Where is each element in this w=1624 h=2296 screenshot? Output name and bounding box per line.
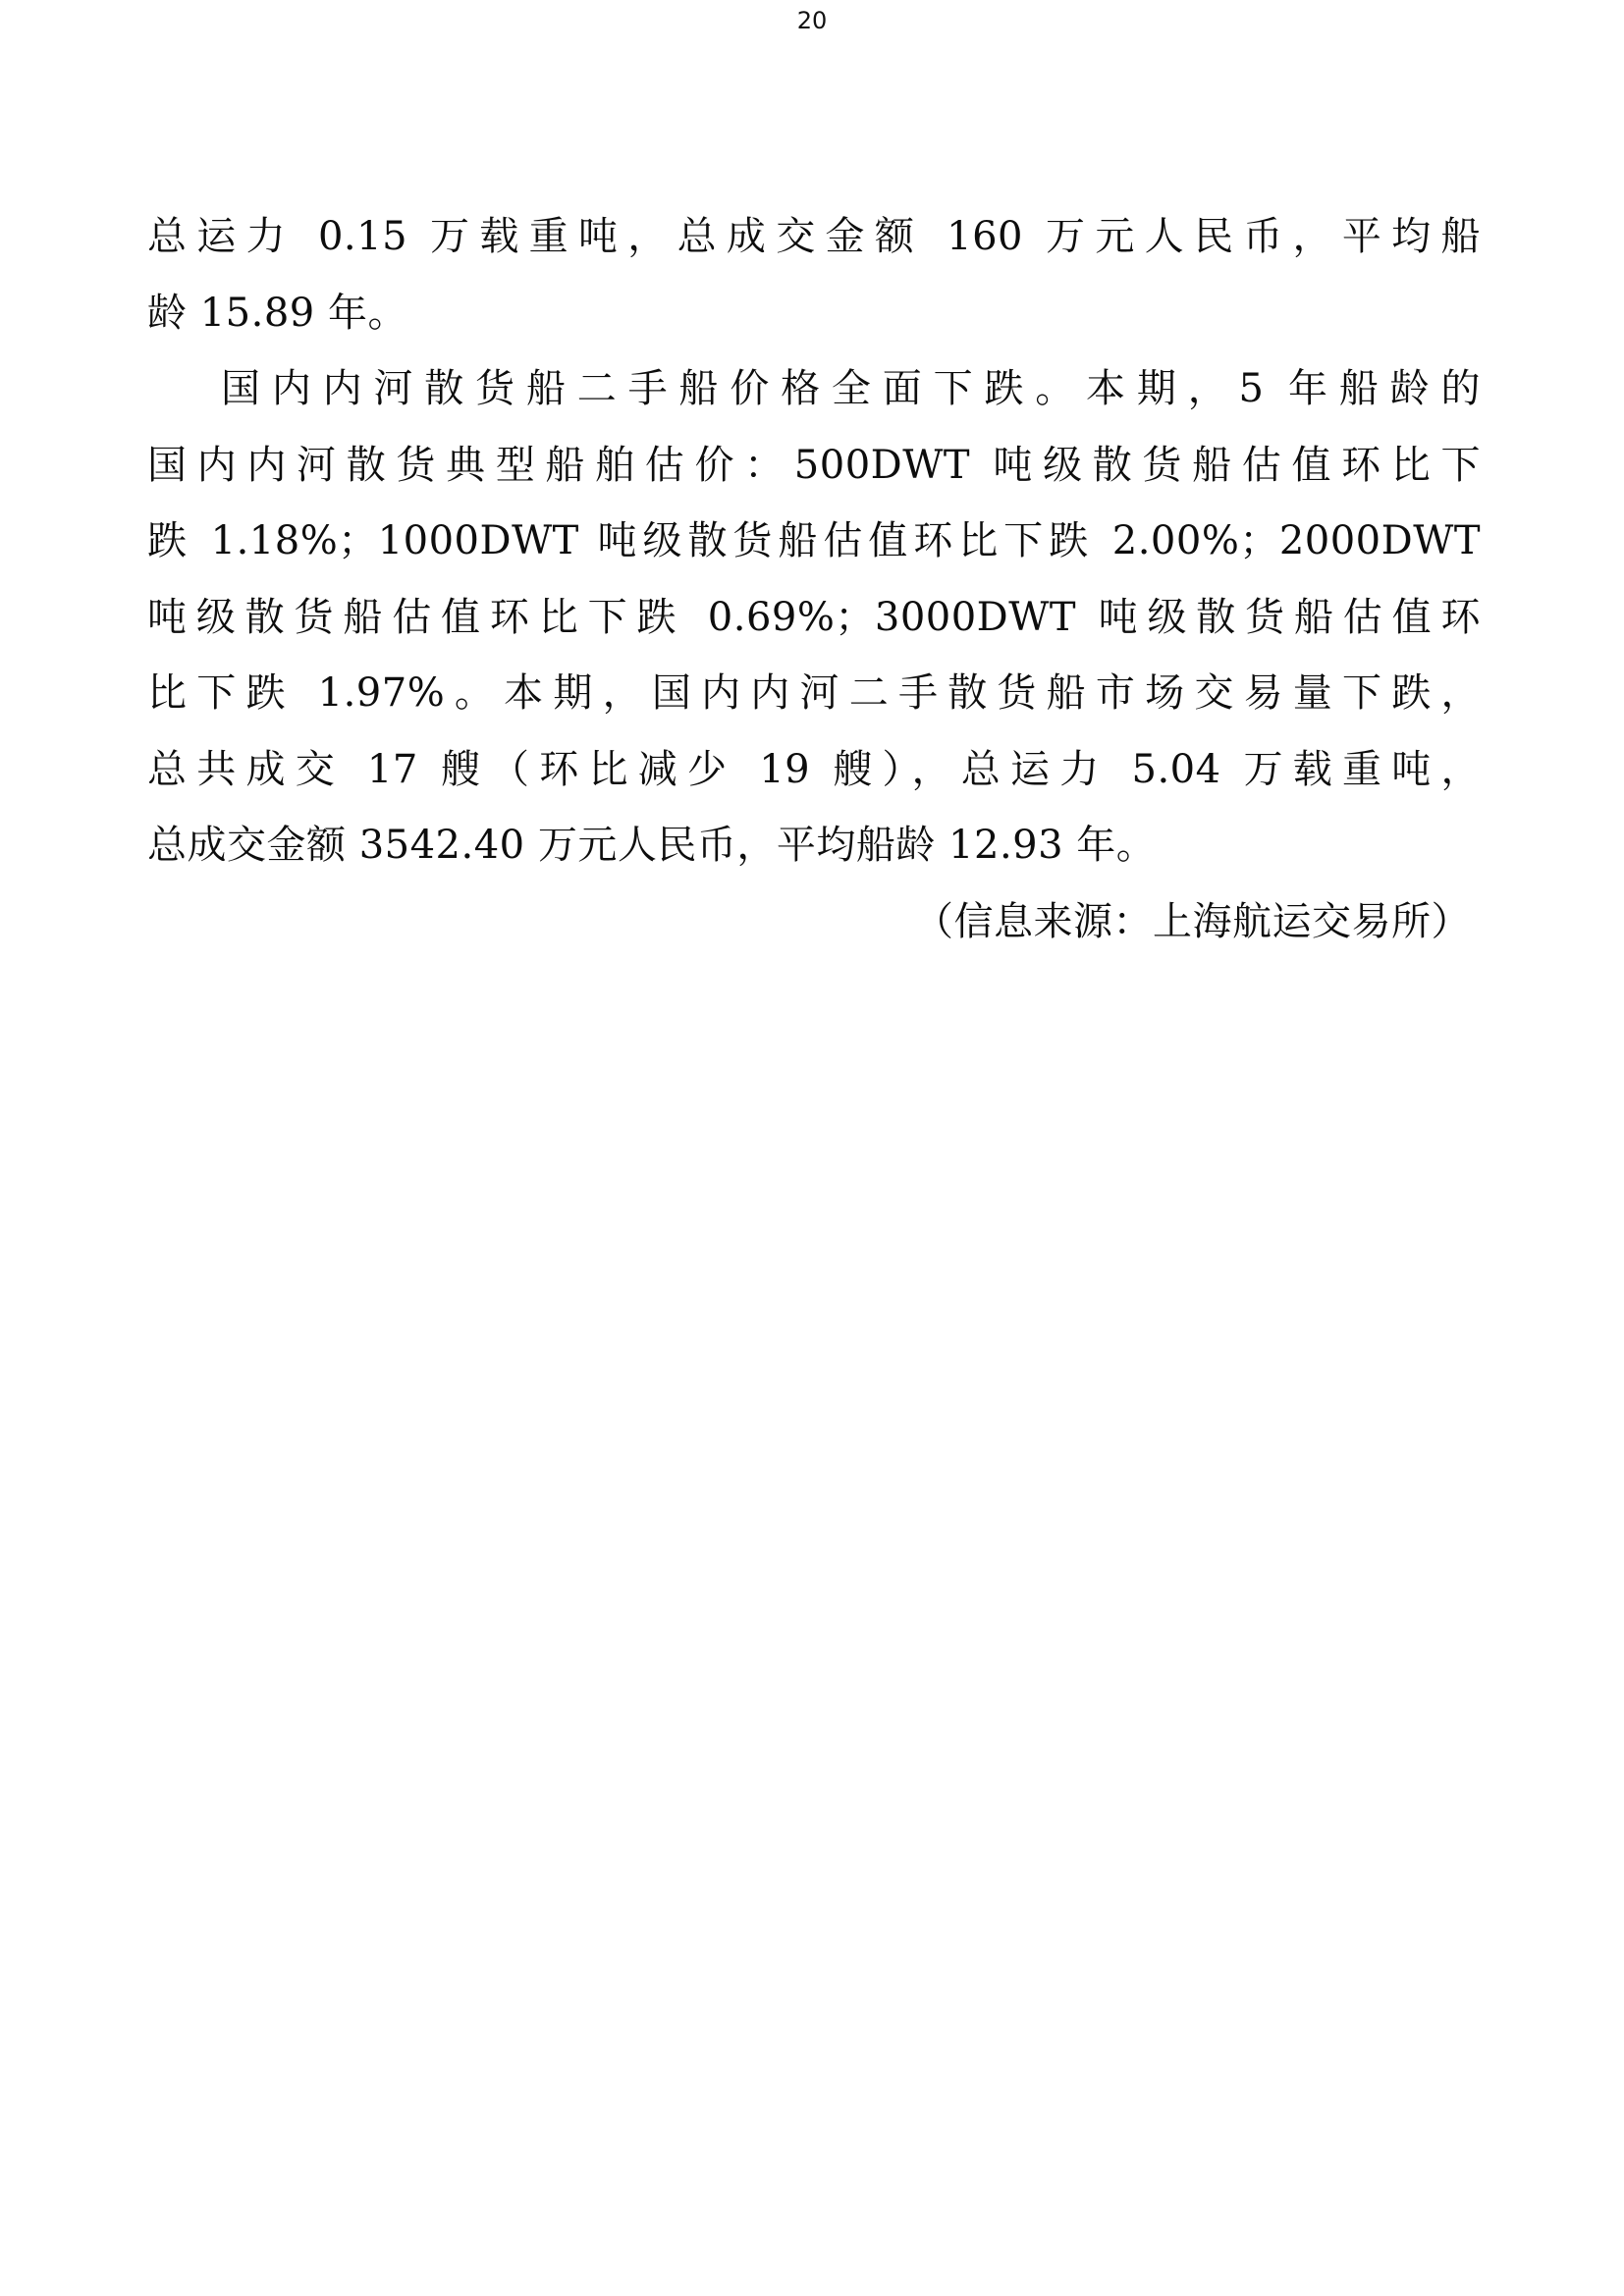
text-line: 总共成交 17 艘（环比减少 19 艘），总运力 5.04 万载重吨， xyxy=(147,732,1481,809)
text-line: 跌 1.18%；1000DWT 吨级散货船估值环比下跌 2.00%；2000DW… xyxy=(147,504,1481,580)
text-line: 国内内河散货典型船舶估价：500DWT 吨级散货船估值环比下 xyxy=(147,428,1481,505)
text-line: 比下跌 1.97%。本期，国内内河二手散货船市场交易量下跌， xyxy=(147,656,1481,732)
page-number: 20 xyxy=(0,6,1624,35)
text-line: 龄 15.89 年。 xyxy=(147,276,1481,352)
text-line: 总运力 0.15 万载重吨，总成交金额 160 万元人民币，平均船 xyxy=(147,199,1481,276)
text-line: 吨级散货船估值环比下跌 0.69%；3000DWT 吨级散货船估值环 xyxy=(147,580,1481,657)
text-line: 国内内河散货船二手船价格全面下跌。本期，5 年船龄的 xyxy=(147,351,1481,428)
document-body: 总运力 0.15 万载重吨，总成交金额 160 万元人民币，平均船 龄 15.8… xyxy=(147,199,1481,960)
source-attribution-line: （信息来源：上海航运交易所） xyxy=(147,884,1481,961)
text-line: 总成交金额 3542.40 万元人民币，平均船龄 12.93 年。 xyxy=(147,808,1481,884)
document-page: 20 总运力 0.15 万载重吨，总成交金额 160 万元人民币，平均船 龄 1… xyxy=(0,0,1624,2296)
